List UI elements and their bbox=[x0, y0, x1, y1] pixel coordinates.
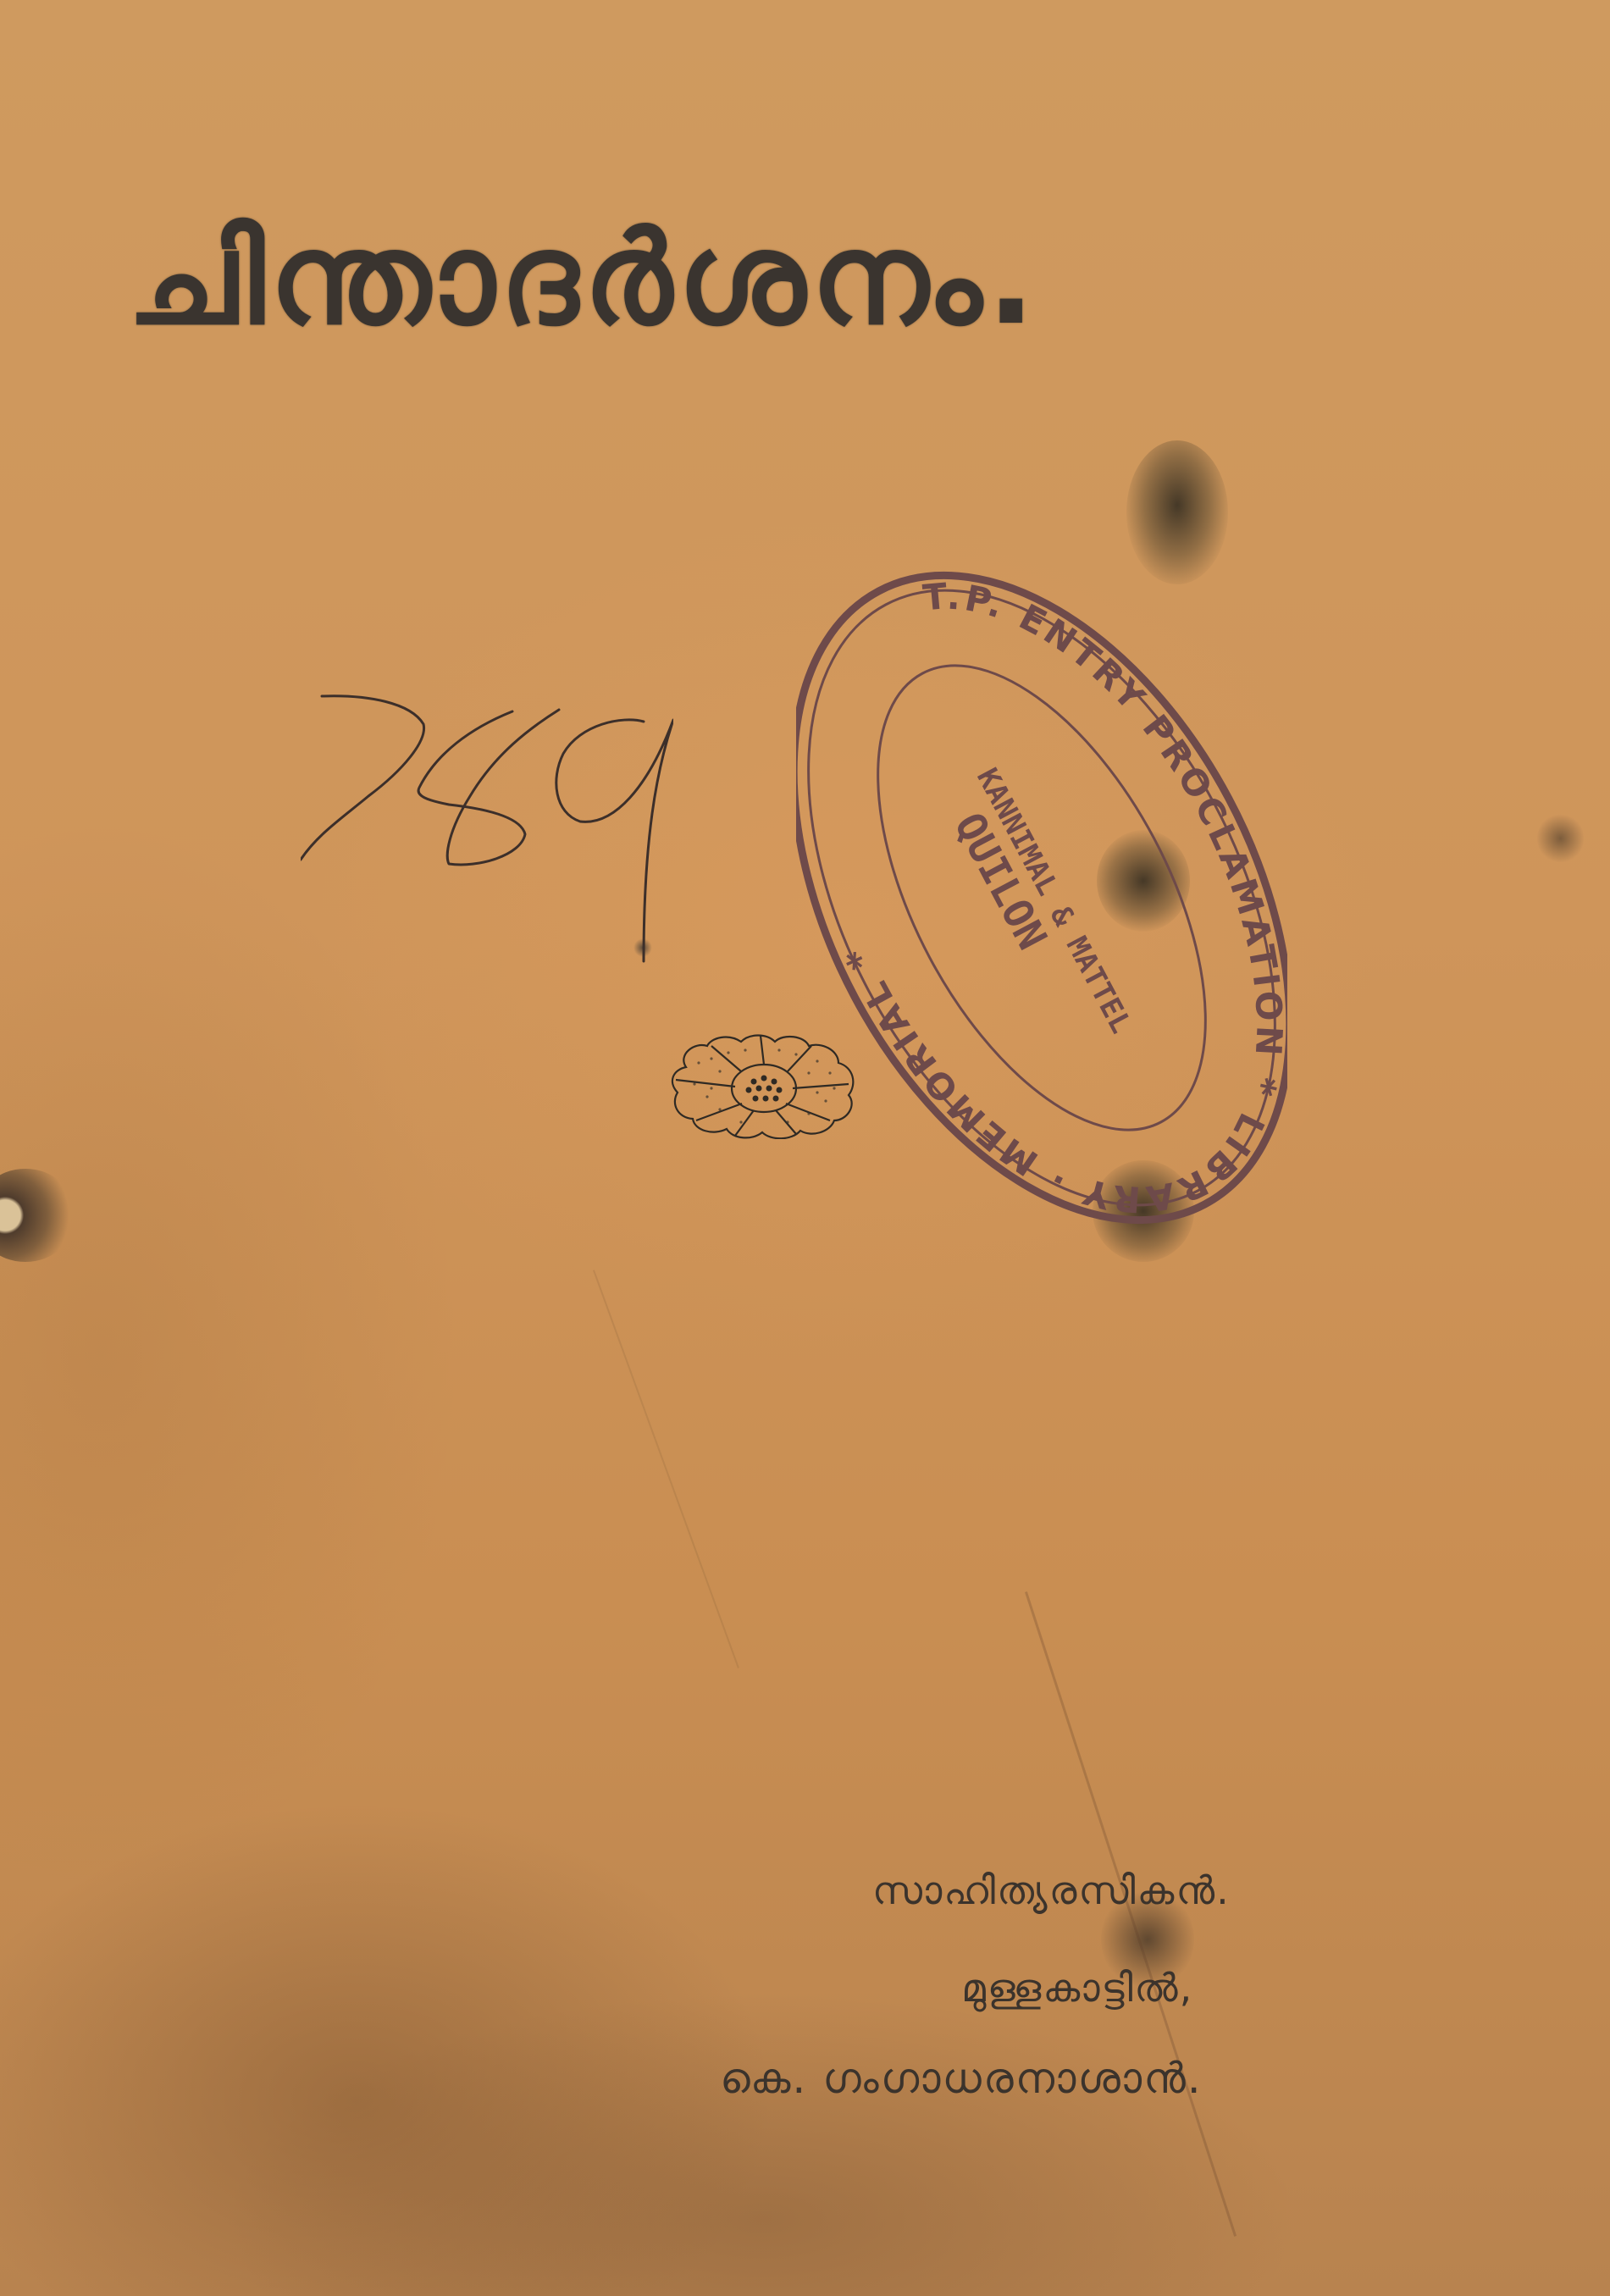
binding-hole bbox=[0, 1169, 76, 1262]
ink-blot bbox=[1537, 813, 1584, 864]
author-epithet: സാഹിത്യരസികൻ. bbox=[872, 1867, 1231, 1915]
handwritten-number: 769 bbox=[301, 669, 673, 974]
book-title: ചിന്താദർശനം. bbox=[127, 216, 1364, 343]
author-name: കെ. ഗംഗാധരനാശാൻ. bbox=[720, 2054, 1203, 2104]
book-cover: ചിന്താദർശനം. 769 bbox=[0, 0, 1610, 2296]
paper-crease bbox=[593, 1270, 739, 1668]
library-stamp: T.P. ENTRY PROCLAMATION * LIBRARY · MEMO… bbox=[796, 525, 1287, 1270]
author-house-name: മുള്ളകാട്ടിൽ, bbox=[961, 1965, 1193, 2012]
